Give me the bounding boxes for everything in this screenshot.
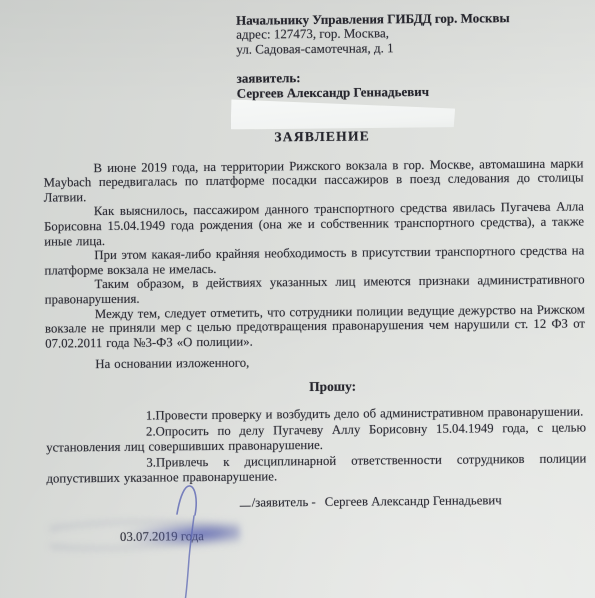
photo-of-document: Начальнику Управления ГИБДД гор. Москвы … xyxy=(0,0,595,598)
signature-name: Сергеев Александр Геннадьевич xyxy=(325,493,502,509)
signature-underline xyxy=(240,505,251,506)
document-title: ЗАЯВЛЕНИЕ xyxy=(52,127,592,147)
request-item: 3.Привлечь к дисциплинарной ответственно… xyxy=(46,452,586,486)
body-paragraph: Как выяснилось, пассажиром данного транс… xyxy=(44,200,584,249)
request-number: 3. xyxy=(96,456,156,471)
request-number: 2. xyxy=(96,425,156,440)
application-document: Начальнику Управления ГИБДД гор. Москвы … xyxy=(42,10,587,545)
request-item: 2.Опросить по делу Пугачеву Аллу Борисов… xyxy=(46,421,586,455)
request-number: 1. xyxy=(96,408,156,423)
request-text: Провести проверку и возбудить дело об ад… xyxy=(155,404,583,422)
body-paragraph: В июне 2019 года, на территории Рижского… xyxy=(43,156,583,205)
document-header: Начальнику Управления ГИБДД гор. Москвы … xyxy=(236,10,583,100)
request-heading: Прошу: xyxy=(63,377,595,397)
body-paragraph: Между тем, следует отметить, что сотрудн… xyxy=(45,302,585,351)
signature-label: /заявитель - xyxy=(252,494,316,509)
closing-line: На основании изложенного, xyxy=(45,353,585,373)
signature-line: /заявитель -Сергеев Александр Геннадьеви… xyxy=(240,492,587,510)
date-line: 03.07.2019 года xyxy=(120,525,587,544)
applicant-name: Сергеев Александр Геннадьевич xyxy=(237,83,583,101)
